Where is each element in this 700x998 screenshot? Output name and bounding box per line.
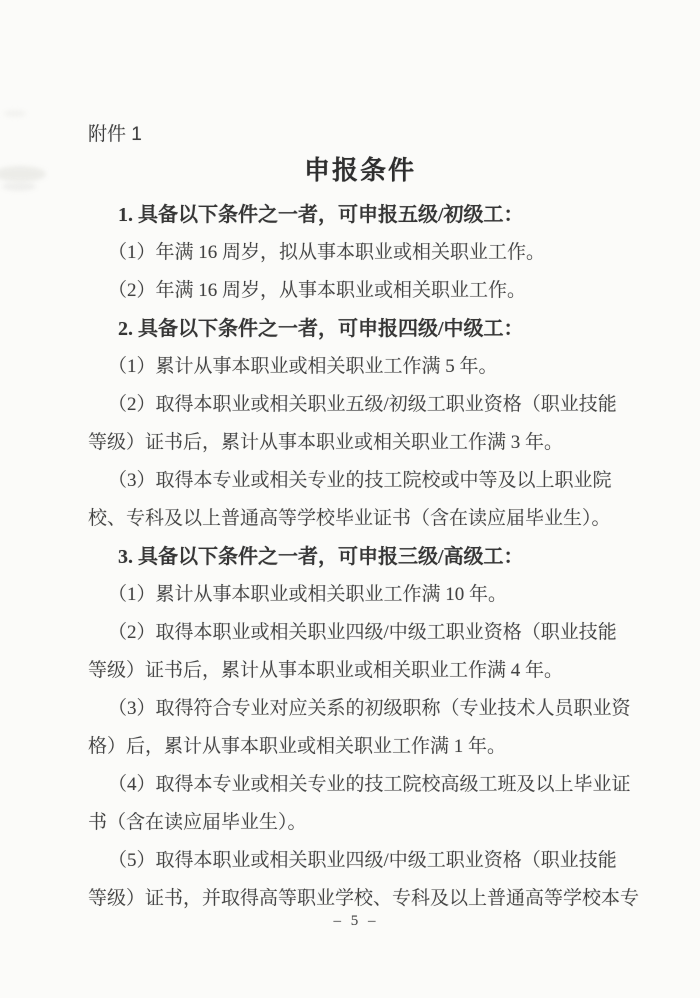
- text-line: 等级）证书后，累计从事本职业或相关职业工作满 3 年。: [88, 424, 648, 462]
- text-line: （2）取得本职业或相关职业五级/初级工职业资格（职业技能: [88, 386, 648, 424]
- text-line: （3）取得本专业或相关专业的技工院校或中等及以上职业院: [88, 462, 648, 500]
- document-page: 附件 1 申报条件 1. 具备以下条件之一者，可申报五级/初级工：（1）年满 1…: [0, 0, 700, 998]
- text-line: （2）取得本职业或相关职业四级/中级工职业资格（职业技能: [88, 614, 648, 652]
- text-line: （5）取得本职业或相关职业四级/中级工职业资格（职业技能: [88, 842, 648, 880]
- text-line: （3）取得符合专业对应关系的初级职称（专业技术人员职业资: [88, 690, 648, 728]
- text-line: （1）年满 16 周岁，拟从事本职业或相关职业工作。: [88, 234, 648, 272]
- attachment-label: 附件 1: [88, 122, 142, 148]
- text-line: 2. 具备以下条件之一者，可申报四级/中级工：: [88, 310, 648, 348]
- text-line: 1. 具备以下条件之一者，可申报五级/初级工：: [88, 196, 648, 234]
- text-line: 格）后，累计从事本职业或相关职业工作满 1 年。: [88, 728, 648, 766]
- text-line: 等级）证书后，累计从事本职业或相关职业工作满 4 年。: [88, 652, 648, 690]
- text-line: （2）年满 16 周岁，从事本职业或相关职业工作。: [88, 272, 648, 310]
- text-line: （1）累计从事本职业或相关职业工作满 5 年。: [88, 348, 648, 386]
- text-line: （1）累计从事本职业或相关职业工作满 10 年。: [88, 576, 648, 614]
- text-line: （4）取得本专业或相关专业的技工院校高级工班及以上毕业证: [88, 766, 648, 804]
- page-number: – 5 –: [6, 910, 700, 932]
- page-title: 申报条件: [10, 154, 700, 186]
- text-line: 3. 具备以下条件之一者，可申报三级/高级工：: [88, 538, 648, 576]
- text-line: 书（含在读应届毕业生）。: [88, 804, 648, 842]
- scan-artifact: [4, 110, 26, 117]
- text-line: 校、专科及以上普通高等学校毕业证书（含在读应届毕业生）。: [88, 500, 648, 538]
- document-body: 1. 具备以下条件之一者，可申报五级/初级工：（1）年满 16 周岁，拟从事本职…: [88, 196, 648, 918]
